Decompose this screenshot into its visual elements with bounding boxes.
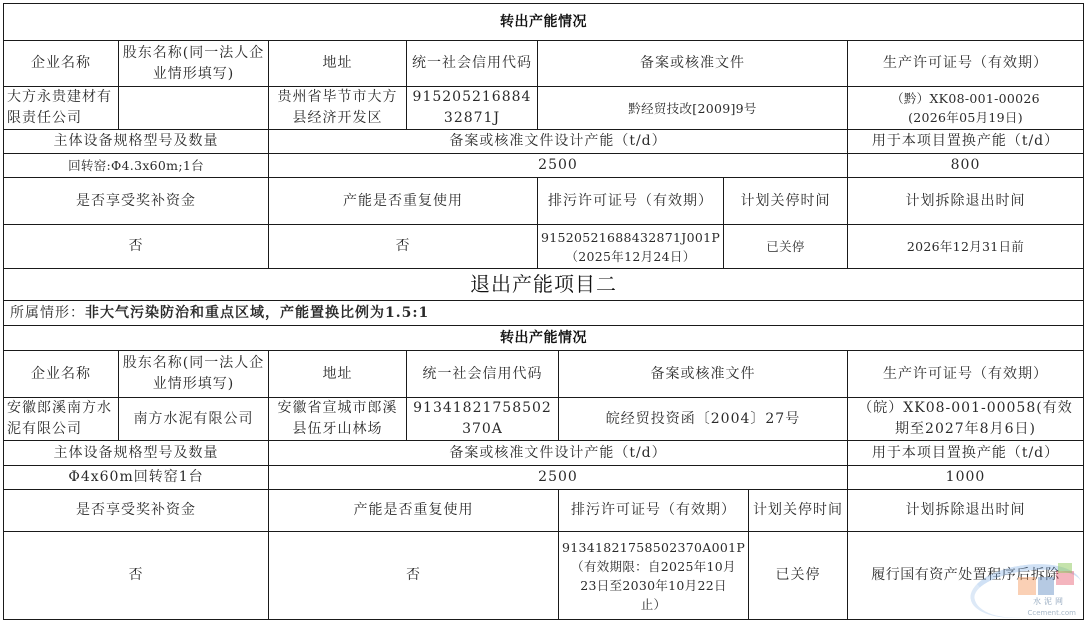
- transfer-capacity-title-2: 转出产能情况: [3, 325, 1084, 351]
- header-subsidy: 是否享受奖补资金: [3, 177, 269, 225]
- design-capacity-value: 2500: [268, 153, 848, 178]
- header-subsidy: 是否享受奖补资金: [3, 489, 269, 532]
- header-address: 地址: [268, 350, 407, 398]
- header-address: 地址: [268, 40, 407, 87]
- header-capacity-reused: 产能是否重复使用: [268, 489, 559, 532]
- address-value: 安徽省宣城市郎溪县伍牙山林场: [268, 397, 407, 441]
- header-design-capacity: 备案或核准文件设计产能（t/d）: [268, 129, 848, 154]
- header-shareholder-name: 股东名称(同一法人企业情形填写): [118, 40, 269, 87]
- header-pollutant-permit: 排污许可证号（有效期）: [558, 489, 749, 532]
- category-row: 所属情形： 非大气污染防治和重点区域，产能置换比例为1.5:1: [3, 300, 1084, 326]
- approval-document-value: 黔经贸技改[2009]9号: [537, 86, 848, 130]
- header-shutdown-time: 计划关停时间: [748, 489, 848, 532]
- header-production-license: 生产许可证号（有效期）: [847, 40, 1084, 87]
- header-design-capacity: 备案或核准文件设计产能（t/d）: [268, 440, 848, 466]
- capacity-reused-value: 否: [268, 224, 538, 269]
- header-approval-document: 备案或核准文件: [558, 350, 848, 398]
- shutdown-time-value: 已关停: [748, 531, 848, 620]
- shareholder-name-value: 南方水泥有限公司: [118, 397, 269, 441]
- header-replacement-capacity: 用于本项目置换产能（t/d）: [847, 129, 1084, 154]
- transfer-capacity-title-1: 转出产能情况: [3, 3, 1084, 41]
- header-production-license: 生产许可证号（有效期）: [847, 350, 1084, 398]
- header-replacement-capacity: 用于本项目置换产能（t/d）: [847, 440, 1084, 466]
- production-license-value: （黔）XK08-001-00026 (2026年05月19日): [847, 86, 1084, 130]
- credit-code-value: 91341821758502370A: [406, 397, 559, 441]
- company-name-value: 安徽郎溪南方水泥有限公司: [3, 397, 119, 441]
- header-shutdown-time: 计划关停时间: [723, 177, 848, 225]
- header-demolition-time: 计划拆除退出时间: [847, 177, 1084, 225]
- replacement-capacity-value: 1000: [847, 465, 1084, 490]
- header-credit-code: 统一社会信用代码: [406, 350, 559, 398]
- capacity-reused-value: 否: [268, 531, 559, 620]
- subsidy-value: 否: [3, 531, 269, 620]
- equipment-spec-value: Φ4x60m回转窑1台: [3, 465, 269, 490]
- subsidy-value: 否: [3, 224, 269, 269]
- equipment-spec-value: 回转窑:Φ4.3x60m;1台: [3, 153, 269, 178]
- header-credit-code: 统一社会信用代码: [406, 40, 538, 87]
- header-company-name: 企业名称: [3, 40, 119, 87]
- pollutant-permit-value: 91520521688432871J001P （2025年12月24日）: [537, 224, 724, 269]
- header-company-name: 企业名称: [3, 350, 119, 398]
- header-equipment-spec: 主体设备规格型号及数量: [3, 129, 269, 154]
- design-capacity-value: 2500: [268, 465, 848, 490]
- replacement-capacity-value: 800: [847, 153, 1084, 178]
- demolition-time-value: 2026年12月31日前: [847, 224, 1084, 269]
- header-demolition-time: 计划拆除退出时间: [847, 489, 1084, 532]
- header-pollutant-permit: 排污许可证号（有效期）: [537, 177, 724, 225]
- category-label: 所属情形：: [10, 303, 85, 324]
- category-value: 非大气污染防治和重点区域，产能置换比例为1.5:1: [85, 303, 429, 324]
- shareholder-name-value: [118, 86, 269, 130]
- section-title-project-2: 退出产能项目二: [3, 268, 1084, 301]
- address-value: 贵州省毕节市大方县经济开发区: [268, 86, 407, 130]
- header-approval-document: 备案或核准文件: [537, 40, 848, 87]
- company-name-value: 大方永贵建材有限责任公司: [3, 86, 119, 130]
- header-capacity-reused: 产能是否重复使用: [268, 177, 538, 225]
- pollutant-permit-value: 91341821758502370A001P （有效期限：自2025年10月23…: [558, 531, 749, 620]
- approval-document-value: 皖经贸投资函〔2004〕27号: [558, 397, 848, 441]
- production-license-value: （皖）XK08-001-00058(有效期至2027年8月6日): [847, 397, 1084, 441]
- header-shareholder-name: 股东名称(同一法人企业情形填写): [118, 350, 269, 398]
- header-equipment-spec: 主体设备规格型号及数量: [3, 440, 269, 466]
- credit-code-value: 91520521688432871J: [406, 86, 538, 130]
- shutdown-time-value: 已关停: [723, 224, 848, 269]
- demolition-time-value: 履行国有资产处置程序后拆除: [847, 531, 1084, 620]
